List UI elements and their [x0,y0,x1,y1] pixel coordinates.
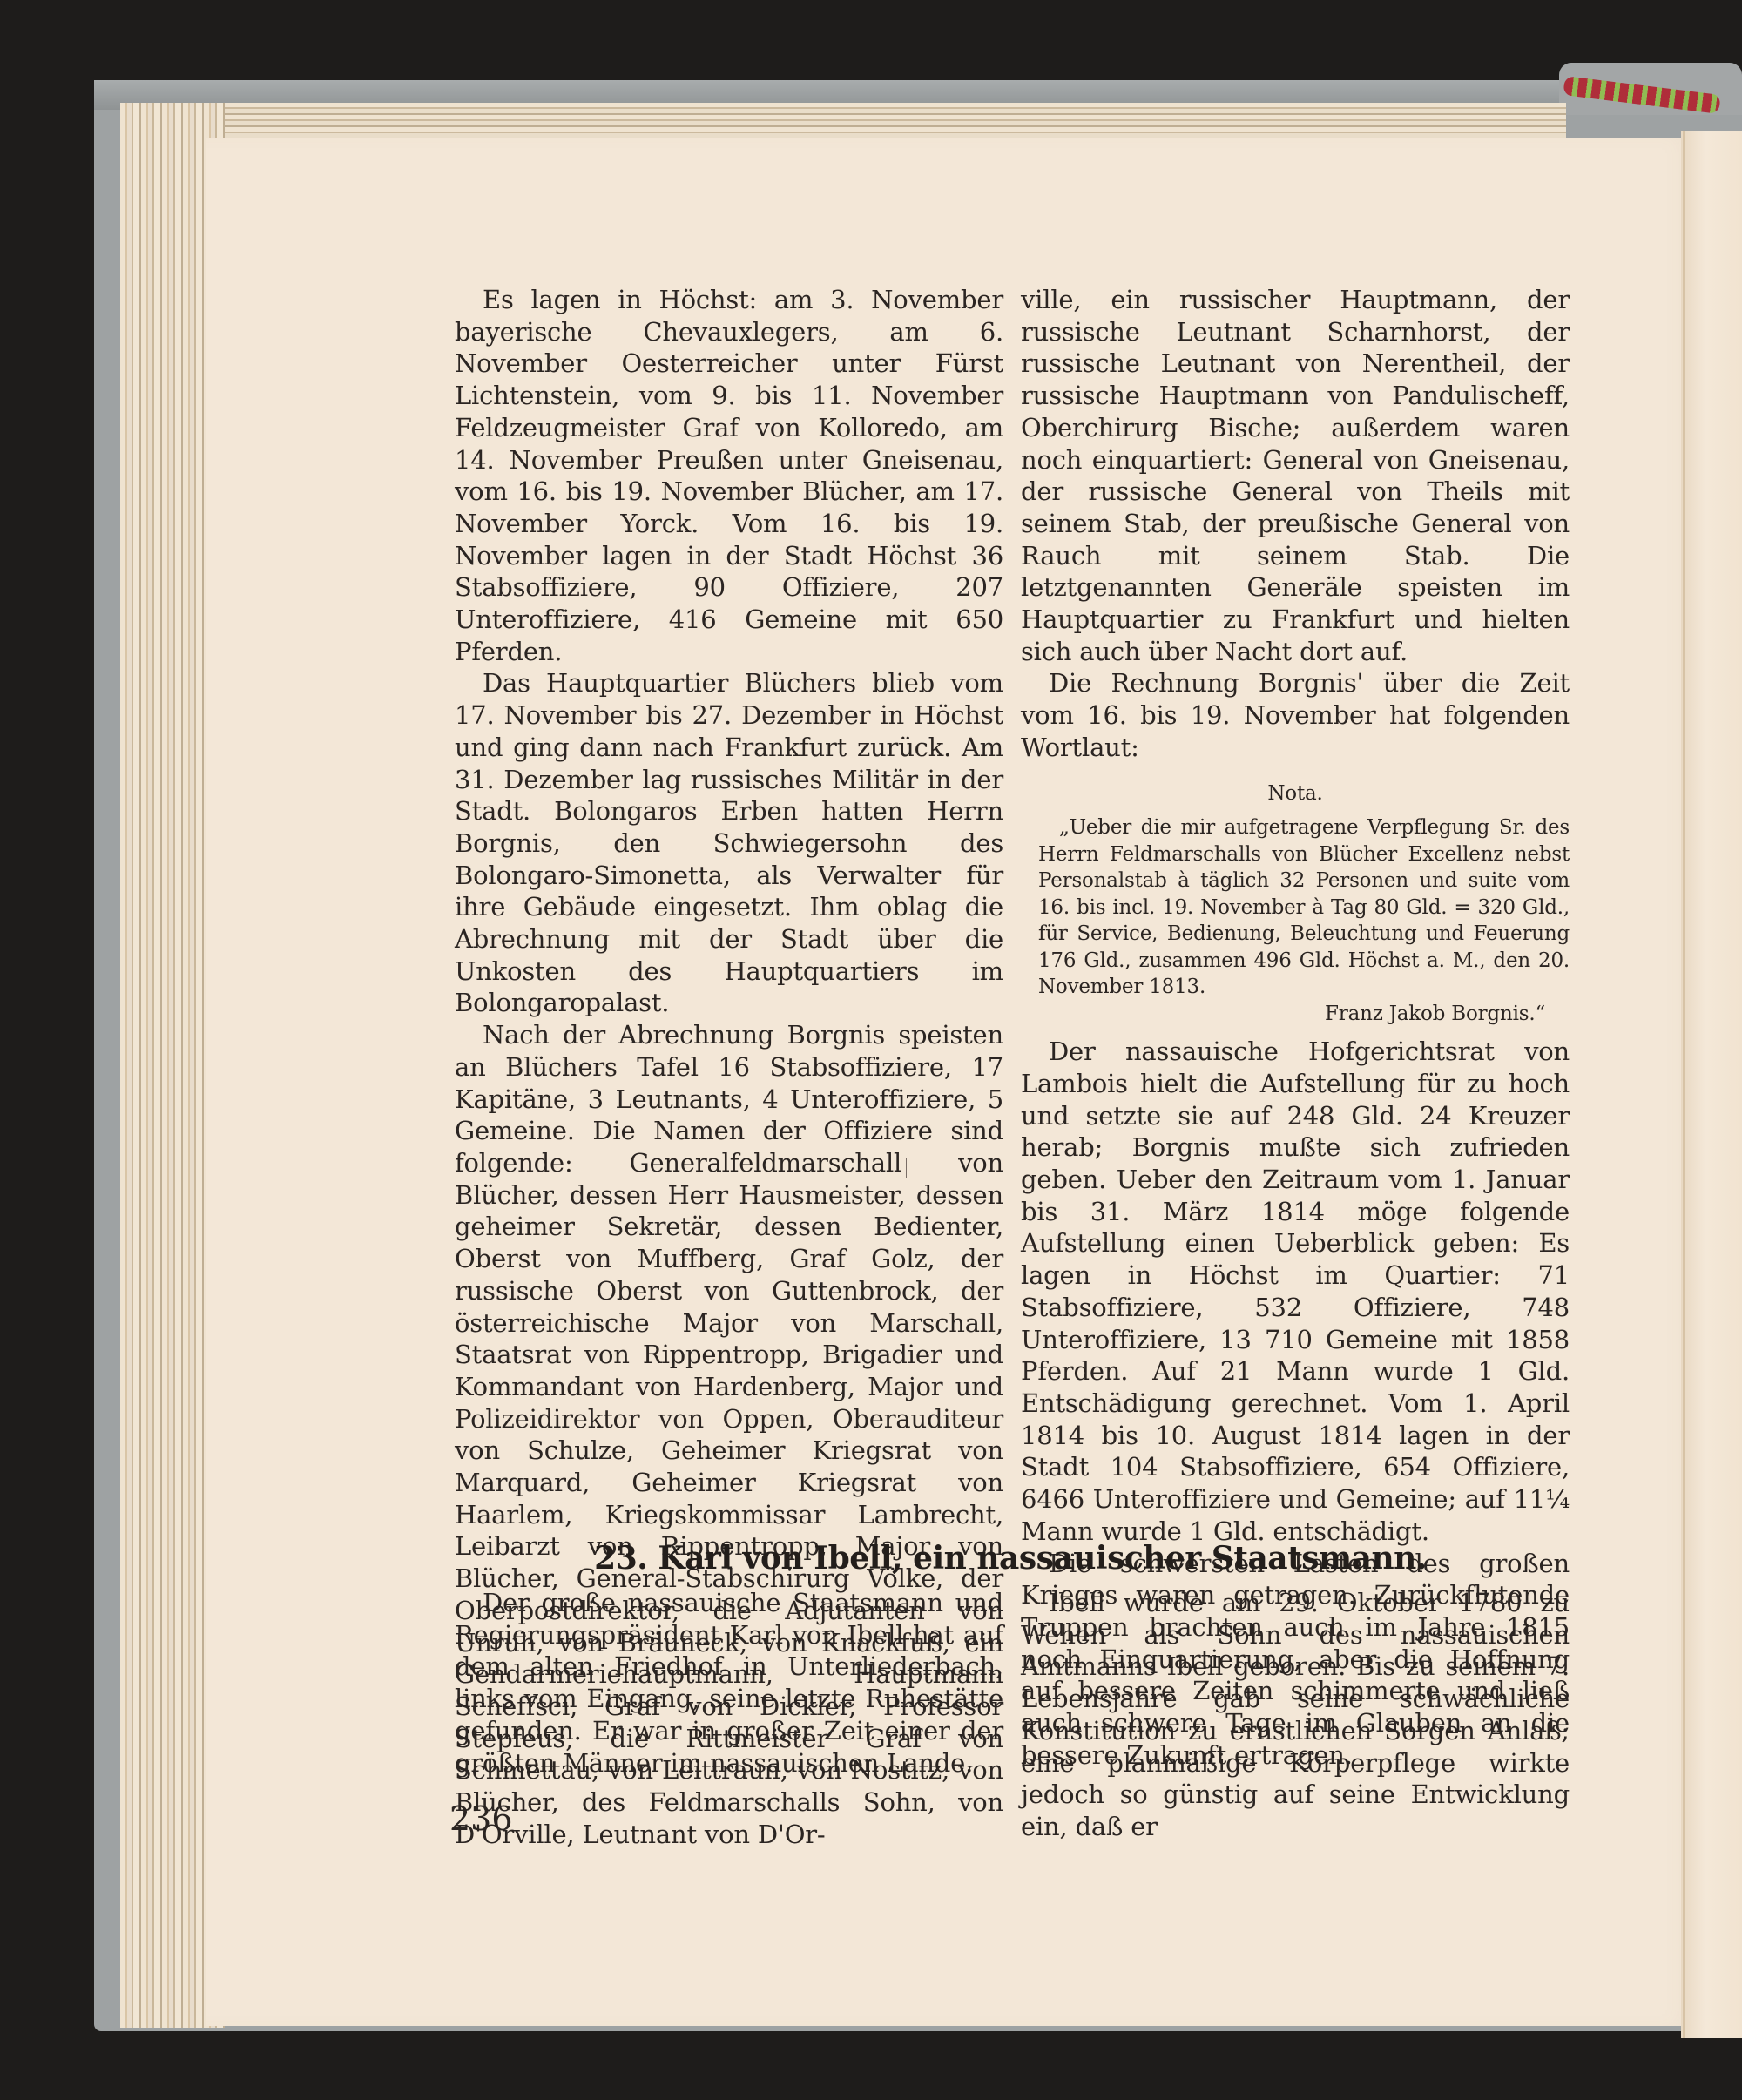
paragraph: Das Hauptquartier Blüchers blieb vom 17.… [455,667,1003,1019]
page-number: 236 [449,1800,513,1838]
paragraph: Der nassauische Hofgerichtsrat von Lambo… [1021,1036,1570,1547]
nota-quote: „Ueber die mir aufgetragene Verpflegung … [1021,814,1570,1027]
page-stack-top-edge [120,103,1566,138]
paragraph: Die Rechnung Borgnis' über die Zeit vom … [1021,667,1570,763]
nota-title: Nota. [1021,778,1570,810]
paragraph: Es lagen in Höchst: am 3. November bayer… [455,284,1003,667]
text-column-right-lower: Ibell wurde am 29. Oktober 1780 zu Wehen… [1021,1587,1570,1843]
nota-signature: Franz Jakob Borgnis.“ [1038,1001,1570,1028]
paragraph: Der große nassauische Staatsmann und Reg… [455,1587,1003,1779]
chapter-heading: 23. Karl von Ibell, ein nassauischer Sta… [435,1540,1585,1577]
page-gutter [1681,131,1742,2038]
pencil-margin-mark [906,1158,912,1178]
nota-body: „Ueber die mir aufgetragene Verpflegung … [1038,814,1570,1001]
text-column-left-lower: Der große nassauische Staatsmann und Reg… [455,1587,1003,1779]
paragraph: ville, ein russischer Hauptmann, der rus… [1021,284,1570,667]
gutter-fold-line [1683,131,1685,2038]
paragraph: Ibell wurde am 29. Oktober 1780 zu Wehen… [1021,1587,1570,1843]
